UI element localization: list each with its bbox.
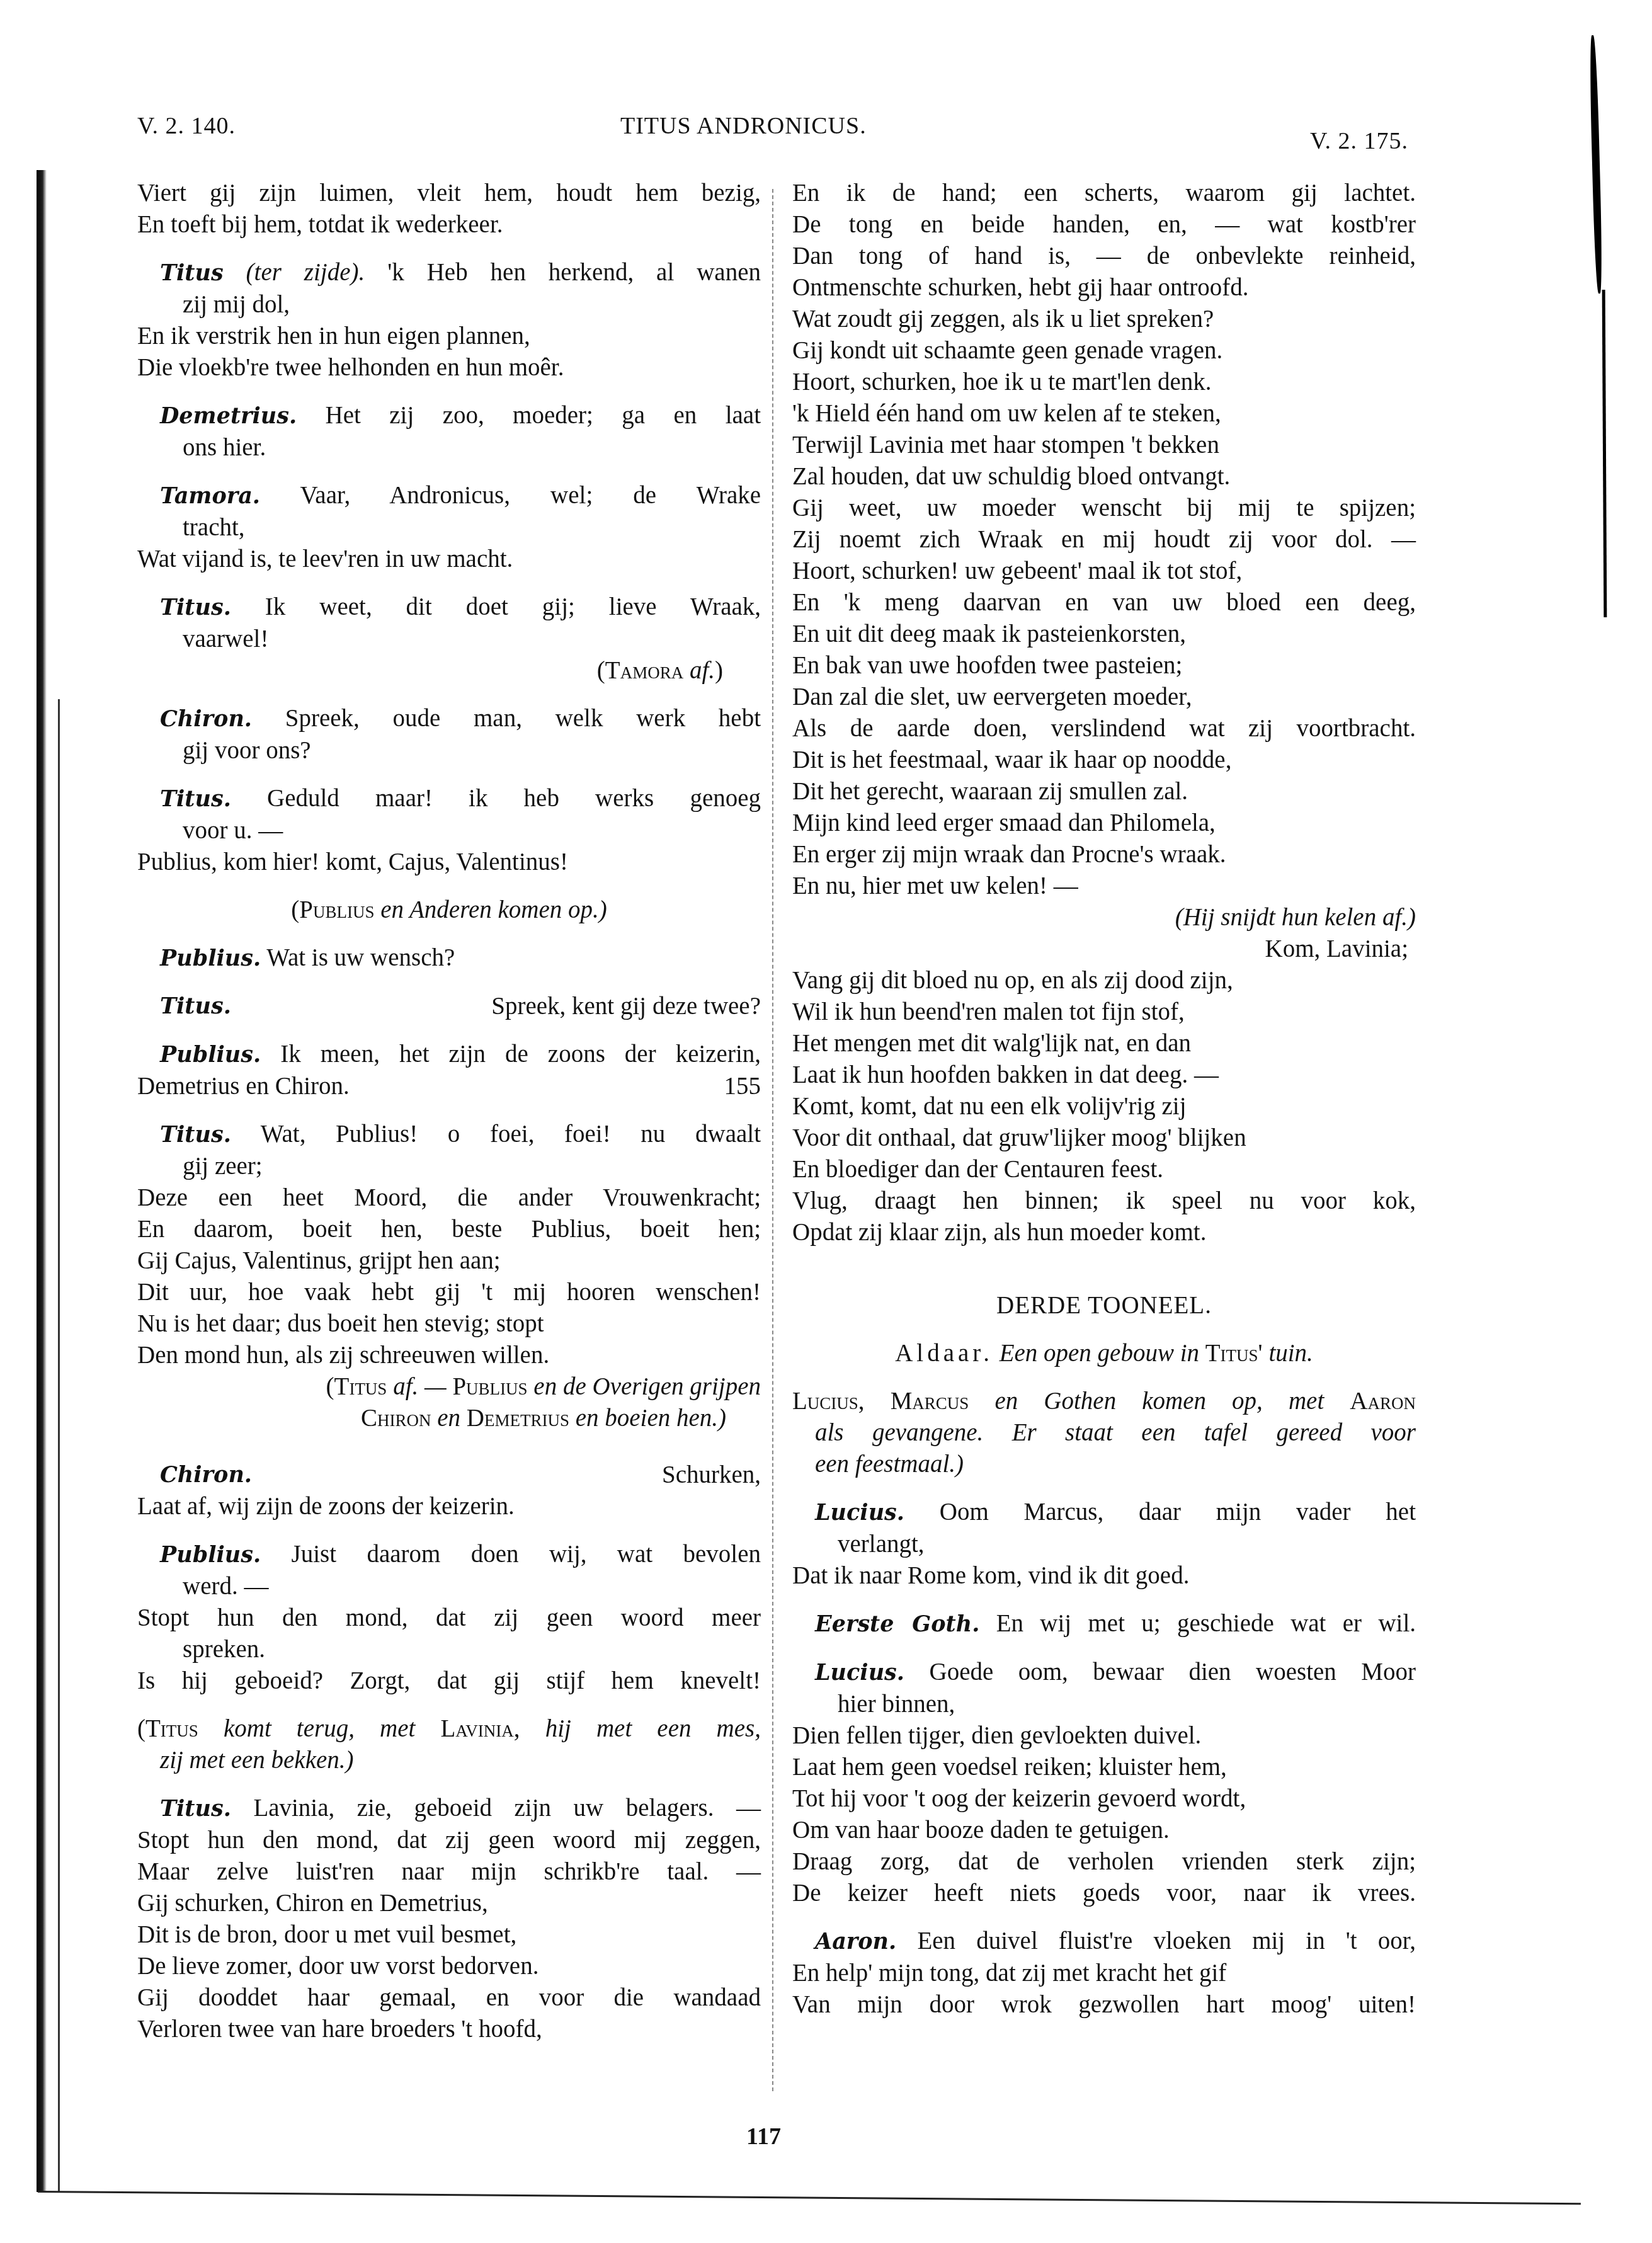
scene-setting: Aldaar. Een open gebouw in Titus' tuin. (792, 1338, 1416, 1369)
speech-titus: Titus. Lavinia, zie, geboeid zijn uw bel… (137, 1793, 761, 2045)
verse-text: Ik meen, het zijn de zoons der keizerin, (280, 1041, 761, 1068)
verse-line: Draag zorg, dat de verholen vrienden ste… (792, 1846, 1416, 1878)
verse-line: Het mengen met dit walg'lijk nat, en dan (792, 1028, 1416, 1059)
verse-text: Demetrius en Chiron. (137, 1073, 350, 1100)
speech-publius: Publius. Ik meen, het zijn de zoons der … (137, 1039, 761, 1102)
verse-line: Dit uur, hoe vaak hebt gij 't mij hooren… (137, 1277, 761, 1308)
verse-line: En help' mijn tong, dat zij met kracht h… (792, 1958, 1416, 1989)
direction-text: en Gothen komen op, met (994, 1388, 1324, 1415)
verse-line: Terwijl Lavinia met haar stompen 't bekk… (792, 430, 1416, 461)
verse-line: Die vloekb're twee helhonden en hun moêr… (137, 352, 761, 384)
speech-titus: Titus.Spreek, kent gij deze twee? (137, 991, 761, 1022)
verse-line: Chiron.Schurken, (137, 1459, 761, 1491)
verse-text: Ik weet, dit doet gij; lieve Wraak, (265, 593, 761, 620)
verse-line: Demetrius en Chiron.155 (137, 1071, 761, 1102)
verse-line: Als de aarde doen, verslindend wat zij v… (792, 713, 1416, 745)
verse-line: De keizer heeft niets goeds voor, naar i… (792, 1878, 1416, 1909)
verse-line: En toeft bij hem, totdat ik wederkeer. (137, 209, 761, 241)
verse-line: Dat ik naar Rome kom, vind ik dit goed. (792, 1560, 1416, 1592)
character-name: Titus' (1205, 1340, 1263, 1367)
speech-chiron: Chiron. Spreek, oude man, welk werk hebt… (137, 703, 761, 767)
verse-line: Mijn kind leed erger smaad dan Philomela… (792, 808, 1416, 839)
character-name: Aaron (1350, 1388, 1416, 1415)
speaker-name: Demetrius. (160, 403, 297, 429)
verse-line: hier binnen, (792, 1689, 1416, 1720)
verse-line: ons hier. (137, 432, 761, 464)
speaker-name: Titus. (160, 1796, 231, 1822)
line-number: 155 (724, 1071, 761, 1102)
header-right-verse-ref: V. 2. 175. (1310, 127, 1408, 155)
verse-line: En uit dit deeg maak ik pasteienkorsten, (792, 619, 1416, 650)
verse-line: Gij dooddet haar gemaal, en voor die wan… (137, 1982, 761, 2014)
speaker-name: Chiron. (160, 1459, 252, 1491)
scan-edge-right (1589, 35, 1604, 294)
verse-text: Geduld maar! ik heb werks genoeg (267, 785, 761, 812)
verse-text: Vaar, Andronicus, wel; de Wrake (300, 482, 761, 509)
column-divider (772, 189, 773, 2091)
verse-line: Wat vijand is, te leev'ren in uw macht. (137, 544, 761, 575)
stage-direction: Lucius, Marcus en Gothen komen op, met A… (792, 1386, 1416, 1417)
verse-line: 'k Hield één hand om uw kelen af te stek… (792, 398, 1416, 430)
scene-title: DERDE TOONEEL. (792, 1290, 1416, 1321)
verse-text: Wat, Publius! o foei, foei! nu dwaalt (261, 1121, 761, 1148)
verse-line: Publius, kom hier! komt, Cajus, Valentin… (137, 847, 761, 878)
stage-direction: (Titus komt terug, met Lavinia, hij met … (137, 1713, 761, 1745)
verse-line: En 'k meng daarvan en van uw bloed een d… (792, 587, 1416, 619)
scene-description: tuin. (1268, 1340, 1313, 1367)
scene-description: Een open gebouw in (1000, 1340, 1199, 1367)
direction-text: en Anderen komen op.) (380, 896, 607, 923)
stage-direction: als gevangene. Er staat een tafel gereed… (792, 1417, 1416, 1449)
verse-line: Verloren twee van hare broeders 't hoofd… (137, 2014, 761, 2045)
verse-line: Laat hem geen voedsel reiken; kluister h… (792, 1752, 1416, 1783)
speaker-name: Lucius. (815, 1500, 904, 1526)
character-name: Marcus (891, 1388, 969, 1415)
character-name: Demetrius (467, 1405, 569, 1432)
verse-line: Eerste Goth. En wij met u; geschiede wat… (792, 1608, 1416, 1640)
verse-line: Deze een heet Moord, die ander Vrouwenkr… (137, 1182, 761, 1214)
scan-edge-right-lower (1602, 290, 1607, 617)
verse-line: De tong en beide handen, en, — wat kostb… (792, 209, 1416, 241)
stage-direction: een feestmaal.) (792, 1449, 1416, 1480)
verse-text: Oom Marcus, daar mijn vader het (940, 1498, 1416, 1526)
speaker-name: Tamora. (160, 483, 260, 509)
verse-line: Demetrius. Het zij zoo, moeder; ga en la… (137, 400, 761, 432)
verse-line: En daarom, boeit hen, beste Publius, boe… (137, 1214, 761, 1245)
verse-text: 'k Heb hen herkend, al wanen (387, 259, 761, 286)
verse-text: Het zij zoo, moeder; ga en laat (326, 402, 761, 429)
verse-line: gij voor ons? (137, 735, 761, 767)
verse-line: voor u. — (137, 815, 761, 847)
verse-line: Aaron. Een duivel fluist're vloeken mij … (792, 1926, 1416, 1958)
speech-demetrius: Demetrius. Het zij zoo, moeder; ga en la… (137, 400, 761, 464)
stage-direction: (Publius en Anderen komen op.) (137, 894, 761, 926)
verse-line: Stopt hun den mond, dat zij geen woord m… (137, 1825, 761, 1856)
speech-tamora: Tamora. Vaar, Andronicus, wel; de Wrake … (137, 480, 761, 575)
verse-line: Den mond hun, als zij schreeuwen willen. (137, 1340, 761, 1371)
verse-line: Vlug, draagt hen binnen; ik speel nu voo… (792, 1185, 1416, 1217)
verse-line: Dit het gerecht, waaraan zij smullen zal… (792, 776, 1416, 808)
verse-line: Titus. Wat, Publius! o foei, foei! nu dw… (137, 1119, 761, 1151)
verse-line: Is hij geboeid? Zorgt, dat gij stijf hem… (137, 1665, 761, 1697)
verse-text: Een duivel fluist're vloeken mij in 't o… (917, 1927, 1416, 1955)
verse-line: Komt, komt, dat nu een elk volijv'rig zi… (792, 1091, 1416, 1122)
character-name: Titus (334, 1373, 387, 1400)
header-left-verse-ref: V. 2. 140. (137, 112, 236, 140)
speaker-name: Publius. (160, 945, 261, 971)
verse-text: Spreek, oude man, welk werk hebt (285, 705, 761, 732)
verse-line: En ik verstrik hen in hun eigen plannen, (137, 321, 761, 352)
verse-line: Viert gij zijn luimen, vleit hem, houdt … (137, 178, 761, 209)
stage-direction: (Hij snijdt hun kelen af.) (792, 902, 1416, 933)
character-name: Chiron (361, 1405, 431, 1432)
verse-line: En nu, hier met uw kelen! — (792, 870, 1416, 902)
verse-line: Maar zelve luist'ren naar mijn schrikb'r… (137, 1856, 761, 1888)
verse-line: Gij schurken, Chiron en Demetrius, (137, 1888, 761, 1919)
speaker-name: Titus. (160, 1122, 231, 1148)
speech-publius: Publius. Juist daarom doen wij, wat bevo… (137, 1539, 761, 1776)
verse-text: Wat is uw wensch? (266, 944, 455, 971)
verse-line: Zij noemt zich Wraak en mij houdt zij vo… (792, 524, 1416, 556)
verse-text: Juist daarom doen wij, wat bevolen (292, 1541, 761, 1568)
verse-text: Lavinia, zie, geboeid zijn uw belagers. … (253, 1795, 761, 1822)
verse-line: Hoort, schurken, hoe ik u te mart'len de… (792, 367, 1416, 398)
verse-line: Hoort, schurken! uw gebeent' maal ik tot… (792, 556, 1416, 587)
speaker-name: Eerste Goth. (815, 1611, 979, 1637)
verse-line: gij zeer; (137, 1151, 761, 1182)
speech-eerste-goth: Eerste Goth. En wij met u; geschiede wat… (792, 1608, 1416, 1640)
scan-edge-left (37, 170, 47, 2192)
verse-line: Dit is het feestmaal, waar ik haar op no… (792, 745, 1416, 776)
verse-text: En wij met u; geschiede wat er wil. (996, 1610, 1416, 1637)
verse-line: Dien fellen tijger, dien gevloekten duiv… (792, 1720, 1416, 1752)
speaker-name: Titus. (160, 786, 231, 812)
speaker-name: Chiron. (160, 706, 252, 732)
verse-line: En bak van uwe hoofden twee pasteien; (792, 650, 1416, 682)
verse-line: Lucius. Oom Marcus, daar mijn vader het (792, 1497, 1416, 1529)
speech-chiron: Chiron.Schurken, Laat af, wij zijn de zo… (137, 1459, 761, 1522)
verse-line: Publius. Wat is uw wensch? (137, 942, 761, 974)
verse-line: vaarwel! (137, 624, 761, 655)
speech-lucius: Lucius. Goede oom, bewaar dien woesten M… (792, 1657, 1416, 1909)
page-number: 117 (746, 2123, 781, 2150)
verse-line: Laat ik hun hoofden bakken in dat deeg. … (792, 1059, 1416, 1091)
scene-place: Aldaar. (895, 1340, 993, 1367)
character-name: Tamora (605, 657, 683, 684)
verse-line: Stopt hun den mond, dat zij geen woord m… (137, 1602, 761, 1634)
verse-line: Tot hij voor 't oog der keizerin gevoerd… (792, 1783, 1416, 1815)
verse-line: verlangt, (792, 1529, 1416, 1560)
direction-text: komt terug, met (224, 1715, 415, 1742)
speech-titus: Titus. Geduld maar! ik heb werks genoeg … (137, 783, 761, 926)
verse-line: Van mijn door wrok gezwollen hart moog' … (792, 1989, 1416, 2021)
direction-text: af. (690, 657, 715, 684)
verse-line: Dan zal die slet, uw eervergeten moeder, (792, 682, 1416, 713)
verse-line: En bloediger dan der Centauren feest. (792, 1154, 1416, 1185)
left-column: Viert gij zijn luimen, vleit hem, houdt … (137, 178, 761, 2045)
verse-text: Spreek, kent gij deze twee? (491, 991, 761, 1022)
verse-line: Titus. Geduld maar! ik heb werks genoeg (137, 783, 761, 815)
speaker-name: Publius. (160, 1542, 261, 1568)
verse-line: Opdat zij klaar zijn, als hun moeder kom… (792, 1217, 1416, 1248)
verse-line: Lucius. Goede oom, bewaar dien woesten M… (792, 1657, 1416, 1689)
scan-edge-left-inner (58, 699, 60, 2192)
speaker-name: Aaron. (815, 1929, 896, 1955)
verse-text: Goede oom, bewaar dien woesten Moor (930, 1658, 1416, 1686)
verse-line: Om van haar booze daden te getuigen. (792, 1815, 1416, 1846)
verse-line: Vang gij dit bloed nu op, en als zij doo… (792, 965, 1416, 996)
verse-line: En erger zij mijn wraak dan Procne's wra… (792, 839, 1416, 870)
stage-direction: (Tamora af.) (137, 655, 761, 687)
speaker-name: Publius. (160, 1042, 261, 1068)
direction-text: hij met een mes, (545, 1715, 761, 1742)
header-title: TITUS ANDRONICUS. (620, 112, 867, 140)
direction-text: en boeien hen.) (576, 1405, 726, 1432)
character-name: Publius (452, 1373, 527, 1400)
speech-titus: Titus. Wat, Publius! o foei, foei! nu dw… (137, 1119, 761, 1434)
speaker-name: Titus. (160, 991, 231, 1022)
verse-line: Voor dit onthaal, dat gruw'lijker moog' … (792, 1122, 1416, 1154)
verse-line: Kom, Lavinia; (792, 933, 1416, 965)
verse-line: Titus. Lavinia, zie, geboeid zijn uw bel… (137, 1793, 761, 1825)
verse-line: Titus (ter zijde). 'k Heb hen herkend, a… (137, 257, 761, 289)
stage-aside: (ter zijde). (246, 259, 365, 286)
verse-line: Publius. Juist daarom doen wij, wat bevo… (137, 1539, 761, 1571)
character-name: Titus (145, 1715, 198, 1742)
character-name: Publius (299, 896, 374, 923)
verse-line: Gij kondt uit schaamte geen genade vrage… (792, 335, 1416, 367)
verse-line: tracht, (137, 512, 761, 544)
verse-line: En ik de hand; een scherts, waarom gij l… (792, 178, 1416, 209)
verse-line: werd. — (137, 1571, 761, 1602)
verse-line: Zal houden, dat uw schuldig bloed ontvan… (792, 461, 1416, 493)
verse-line: Gij Cajus, Valentinus, grijpt hen aan; (137, 1245, 761, 1277)
verse-line: spreken. (137, 1634, 761, 1665)
verse-line: zij mij dol, (137, 289, 761, 321)
speaker-name: Titus. (160, 595, 231, 620)
scan-edge-bottom (38, 2191, 1581, 2205)
verse-line: Chiron. Spreek, oude man, welk werk hebt (137, 703, 761, 735)
verse-line: Dan tong of hand is, — de onbevlekte rei… (792, 241, 1416, 272)
verse-line: Titus.Spreek, kent gij deze twee? (137, 991, 761, 1022)
direction-text: en de Overigen grijpen (533, 1373, 761, 1400)
character-name: Lucius (792, 1388, 858, 1415)
direction-text: en (437, 1405, 460, 1432)
speech-titus-aside: Titus (ter zijde). 'k Heb hen herkend, a… (137, 257, 761, 384)
stage-direction: Chiron en Demetrius en boeien hen.) (137, 1403, 761, 1434)
stage-direction: zij met een bekken.) (137, 1745, 761, 1776)
speech-lucius: Lucius. Oom Marcus, daar mijn vader het … (792, 1497, 1416, 1592)
verse-line: Titus. Ik weet, dit doet gij; lieve Wraa… (137, 591, 761, 624)
verse-line: Dit is de bron, door u met vuil besmet, (137, 1919, 761, 1951)
speaker-name: Lucius. (815, 1660, 904, 1686)
verse-line: De lieve zomer, door uw vorst bedorven. (137, 1951, 761, 1982)
speech-aaron: Aaron. Een duivel fluist're vloeken mij … (792, 1926, 1416, 2021)
verse-line: Publius. Ik meen, het zijn de zoons der … (137, 1039, 761, 1071)
verse-line: Laat af, wij zijn de zoons der keizerin. (137, 1491, 761, 1522)
verse-line: Wil ik hun beend'ren malen tot fijn stof… (792, 996, 1416, 1028)
speaker-name: Titus (160, 260, 224, 286)
speech-titus: Titus. Ik weet, dit doet gij; lieve Wraa… (137, 591, 761, 687)
verse-line: Gij weet, uw moeder wenscht bij mij te s… (792, 493, 1416, 524)
direction-text: af. — (393, 1373, 447, 1400)
verse-text: Schurken, (662, 1459, 761, 1491)
verse-line: Wat zoudt gij zeggen, als ik u liet spre… (792, 304, 1416, 335)
character-name: Lavinia (440, 1715, 513, 1742)
verse-line: Ontmenschte schurken, hebt gij haar ontr… (792, 272, 1416, 304)
verse-line: Tamora. Vaar, Andronicus, wel; de Wrake (137, 480, 761, 512)
speech-publius: Publius. Wat is uw wensch? (137, 942, 761, 974)
verse-line: Nu is het daar; dus boeit hen stevig; st… (137, 1308, 761, 1340)
stage-direction: (Titus af. — Publius en de Overigen grij… (137, 1371, 761, 1403)
right-column: En ik de hand; een scherts, waarom gij l… (792, 178, 1416, 2021)
